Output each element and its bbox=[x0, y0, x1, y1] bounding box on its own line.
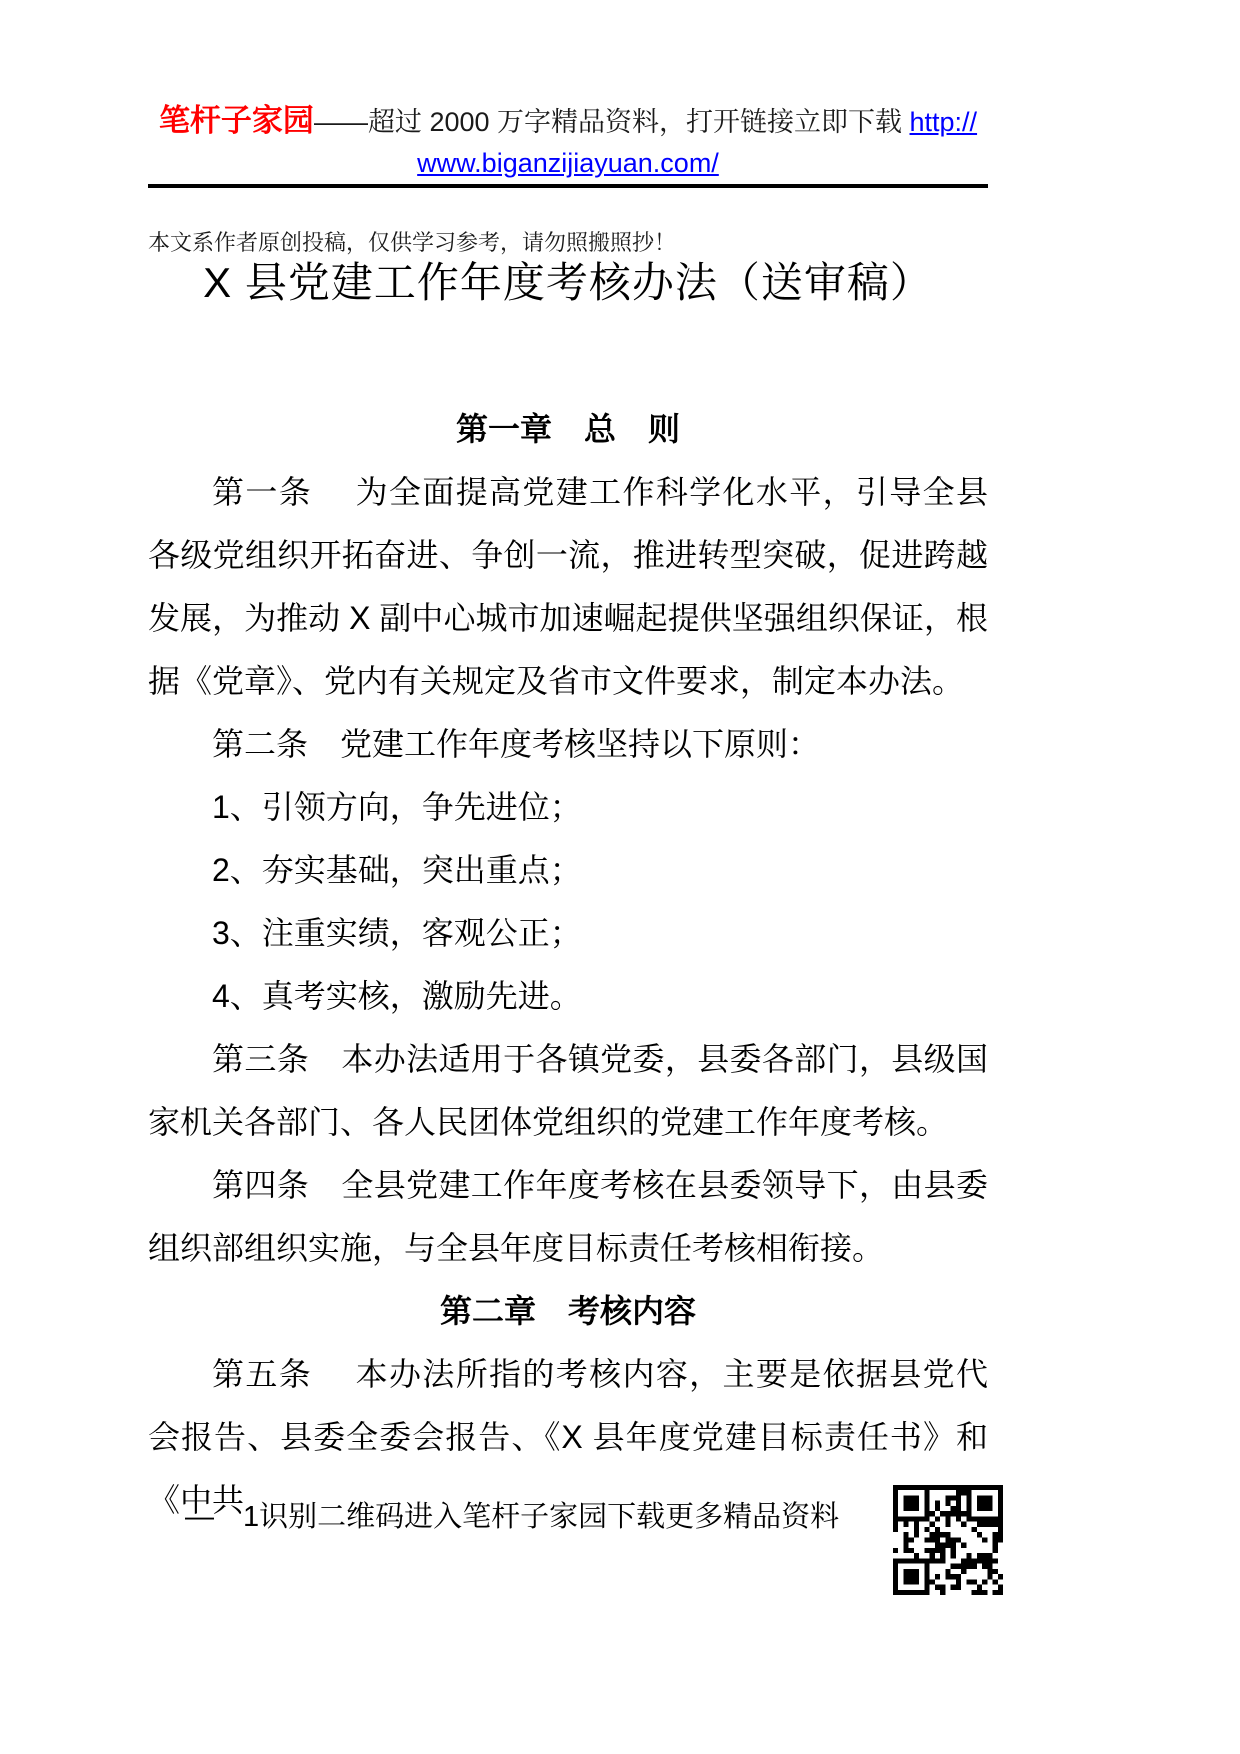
list-item-4: 4、真考实核，激励先进。 bbox=[148, 965, 988, 1028]
list-item-3: 3、注重实绩，客观公正； bbox=[148, 902, 988, 965]
page-title: X 县党建工作年度考核办法（送审稿） bbox=[148, 250, 988, 310]
header-divider bbox=[148, 184, 988, 188]
header: 笔杆子家园——超过 2000 万字精品资料，打开链接立即下载 http:// w… bbox=[148, 100, 988, 184]
brand-name: 笔杆子家园 bbox=[159, 103, 314, 138]
para-article-1: 第一条 为全面提高党建工作科学化水平，引导全县各级党组织开拓奋进、争创一流，推进… bbox=[148, 461, 988, 713]
header-line-2: www.biganzijiayuan.com/ bbox=[148, 143, 988, 184]
para-article-4: 第四条 全县党建工作年度考核在县委领导下，由县委组织部组织实施，与全县年度目标责… bbox=[148, 1154, 988, 1280]
chapter-heading-2: 第二章 考核内容 bbox=[148, 1280, 988, 1343]
chapter-heading-1: 第一章 总 则 bbox=[148, 398, 988, 461]
qr-code-icon bbox=[893, 1483, 1003, 1597]
list-item-1: 1、引领方向，争先进位； bbox=[148, 776, 988, 839]
header-tagline: ——超过 2000 万字精品资料，打开链接立即下载 bbox=[314, 107, 910, 137]
para-article-2: 第二条 党建工作年度考核坚持以下原则： bbox=[148, 713, 988, 776]
para-article-3: 第三条 本办法适用于各镇党委，县委各部门，县级国家机关各部门、各人民团体党组织的… bbox=[148, 1028, 988, 1154]
header-line-1: 笔杆子家园——超过 2000 万字精品资料，打开链接立即下载 http:// bbox=[148, 100, 988, 143]
header-link-scheme[interactable]: http:// bbox=[910, 107, 978, 137]
document-body: 第一章 总 则 第一条 为全面提高党建工作科学化水平，引导全县各级党组织开拓奋进… bbox=[148, 398, 988, 1532]
header-link-url[interactable]: www.biganzijiayuan.com/ bbox=[417, 148, 719, 178]
footer-promo-text: — 1识别二维码进入笔杆子家园下载更多精品资料 bbox=[185, 1494, 885, 1535]
list-item-2: 2、夯实基础，突出重点； bbox=[148, 839, 988, 902]
